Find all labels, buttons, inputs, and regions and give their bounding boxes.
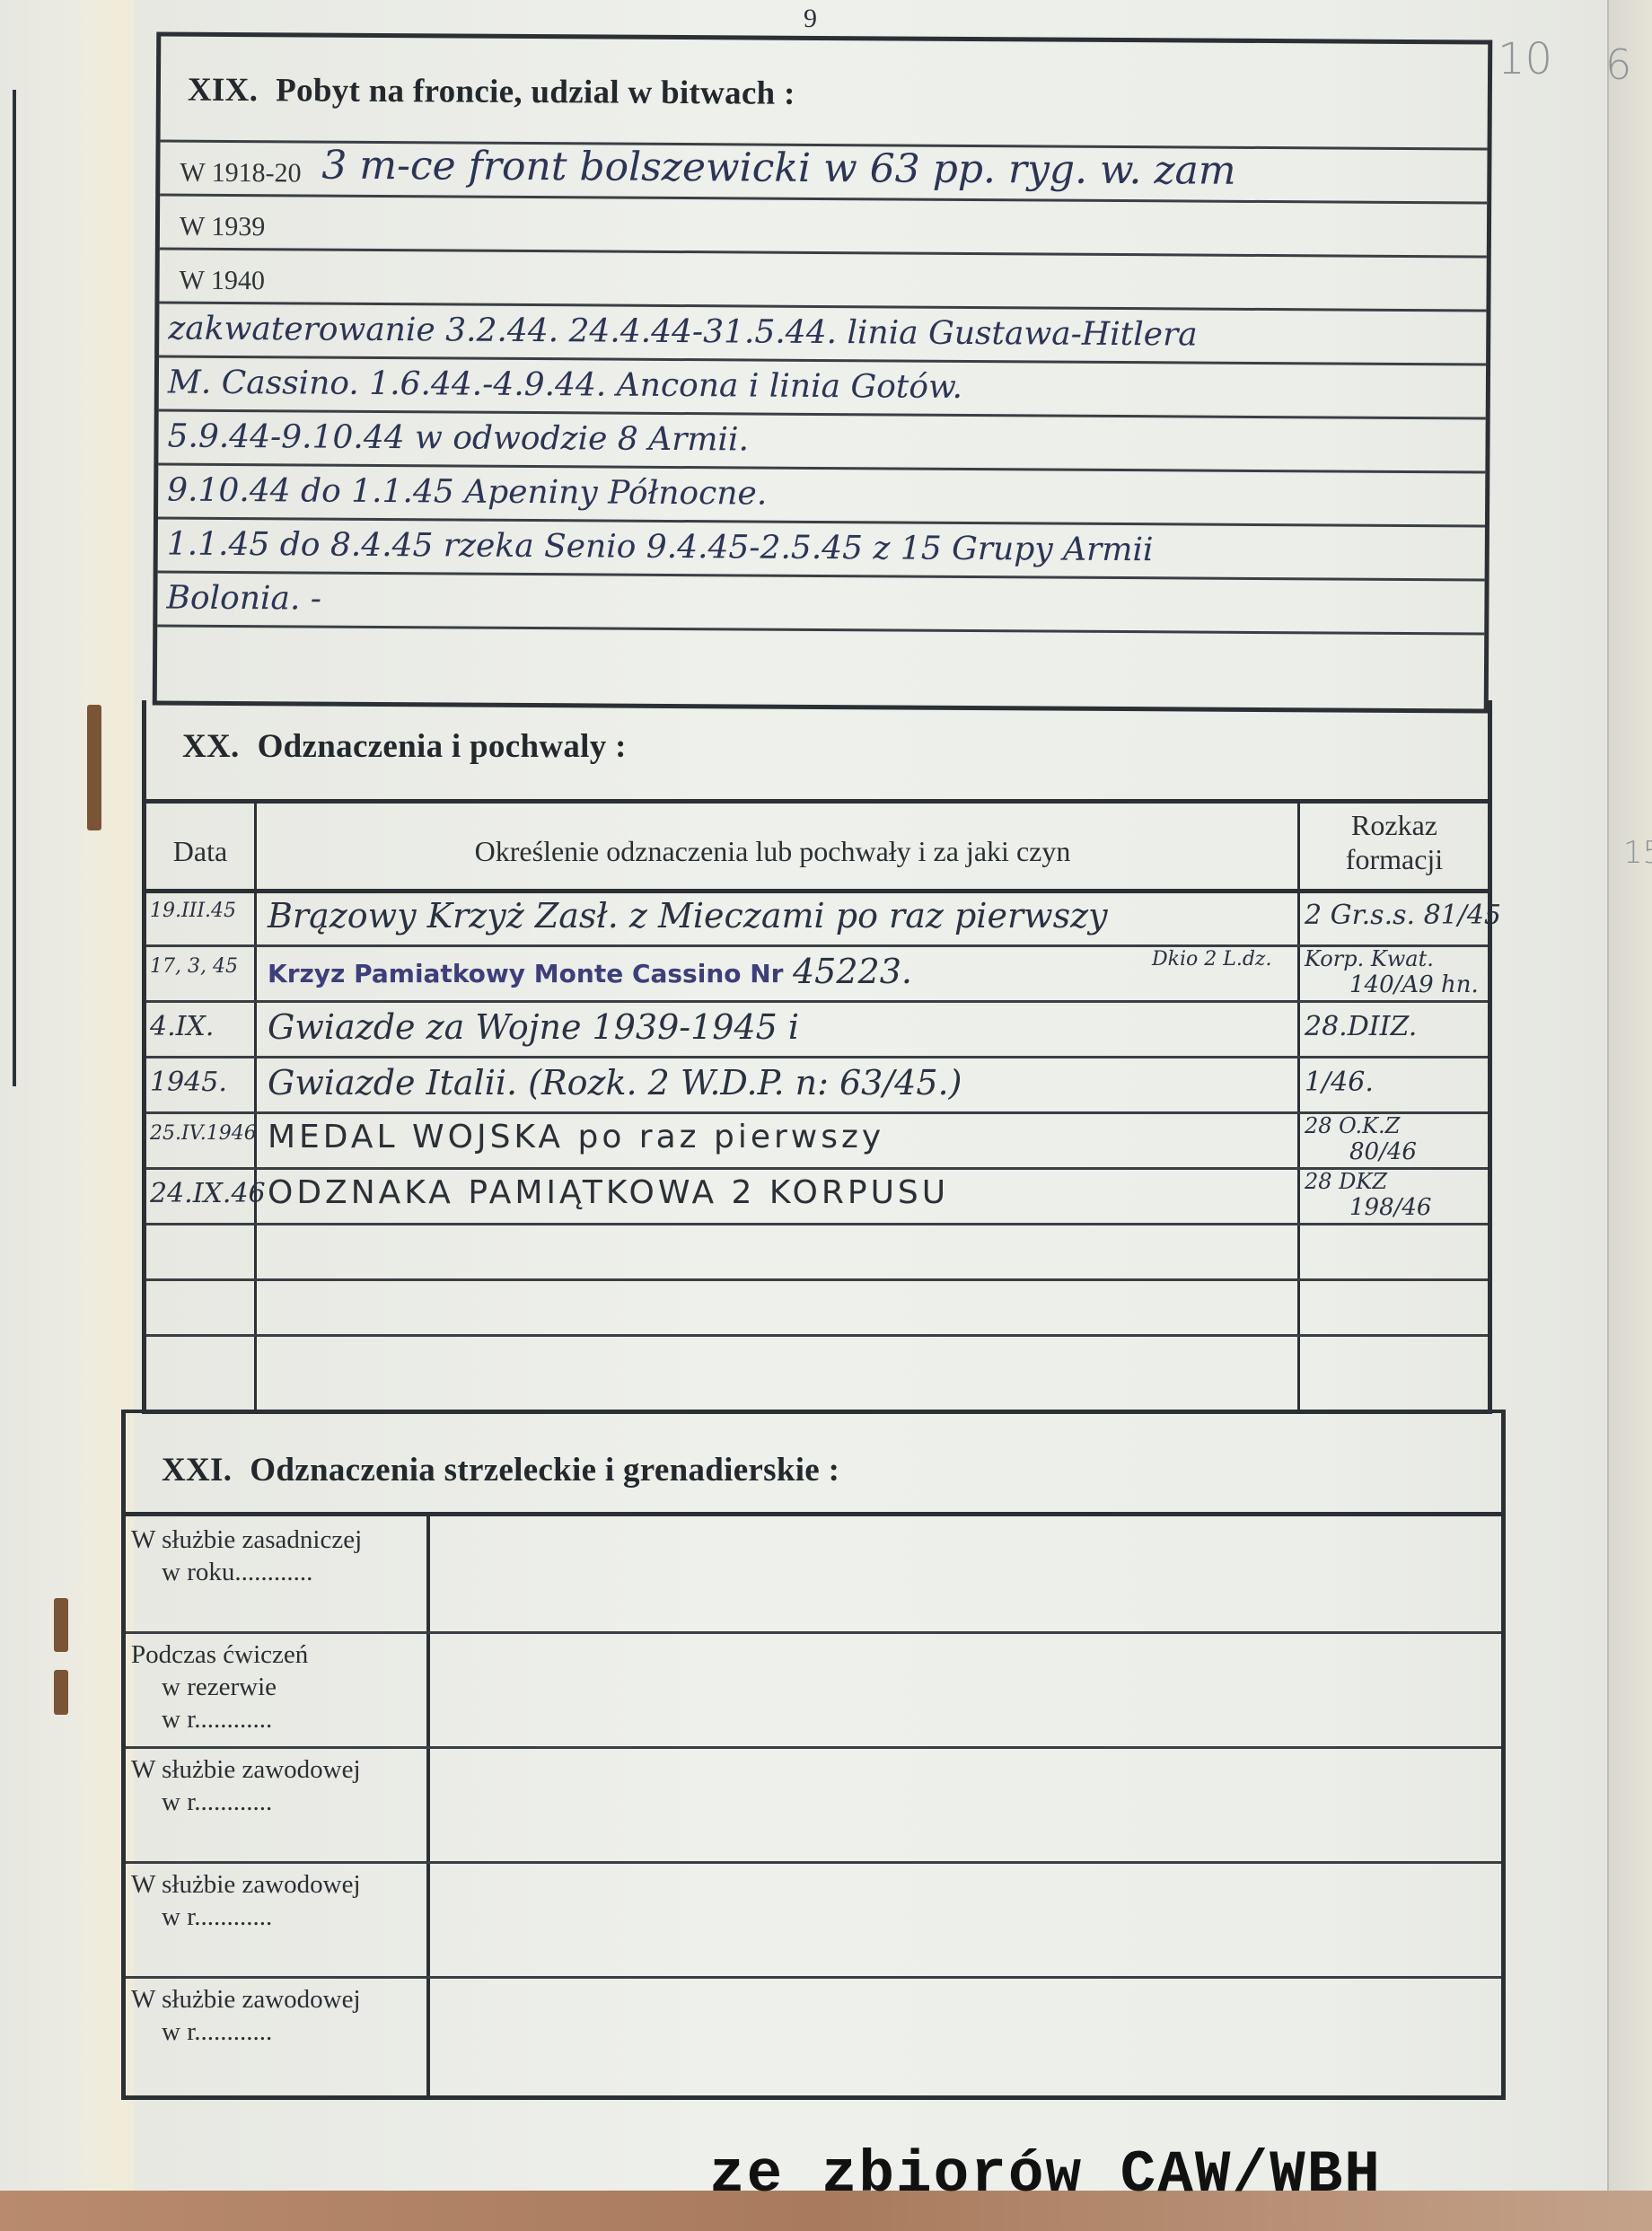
decoration-description[interactable]: MEDAL WOJSKA po raz pierwszy xyxy=(268,1119,884,1155)
marksmanship-label-line2: w r............ xyxy=(126,2016,426,2048)
row-divider xyxy=(146,1278,1488,1281)
pencil-mark-margin: 15 xyxy=(1623,835,1652,871)
front-row-entry[interactable]: 3 m-ce front bolszewicki w 63 pp. ryg. w… xyxy=(321,143,1235,194)
front-row-entry[interactable]: 5.9.44-9.10.44 w odwodzie 8 Armii. xyxy=(167,418,749,459)
row-divider xyxy=(146,944,1488,947)
column-divider xyxy=(426,1512,430,2095)
row-divider xyxy=(126,1631,1501,1634)
decoration-description[interactable]: Gwiazde Italii. (Rozk. 2 W.D.P. n: 63/45… xyxy=(268,1063,962,1102)
column-header-description: Określenie odznaczenia lub pochwały i za… xyxy=(259,835,1287,868)
decoration-order[interactable]: 1/46. xyxy=(1305,1067,1374,1098)
row-divider xyxy=(146,1223,1488,1225)
column-header-order: Rozkaz formacji xyxy=(1305,808,1484,876)
marksmanship-label-line1: W służbie zawodowej xyxy=(126,1753,426,1786)
archive-watermark: ze zbiorów CAW/WBH xyxy=(709,2141,1382,2209)
marksmanship-row-label: W służbie zasadniczejw roku............ xyxy=(126,1524,426,1588)
row-divider xyxy=(160,247,1487,258)
left-page-form-edge xyxy=(0,90,16,1086)
marksmanship-label-line2: w r............ xyxy=(126,1786,426,1818)
section-20-heading: Odznaczenia i pochwaly : xyxy=(258,728,627,765)
marksmanship-entry[interactable] xyxy=(449,1888,1481,1969)
front-row-entry[interactable]: M. Cassino. 1.6.44.-4.9.44. Ancona i lin… xyxy=(168,365,962,406)
front-row-label: W 1939 xyxy=(180,212,265,243)
marksmanship-entry[interactable] xyxy=(449,1543,1481,1624)
decoration-order-number[interactable]: 198/46 xyxy=(1349,1194,1431,1221)
front-row-entry[interactable]: zakwaterowanie 3.2.44. 24.4.44-31.5.44. … xyxy=(168,311,1198,354)
decoration-date[interactable]: 1945. xyxy=(150,1067,227,1098)
marksmanship-row-label: W służbie zawodowejw r............ xyxy=(126,1753,426,1818)
row-divider xyxy=(146,1111,1488,1114)
decoration-order[interactable]: Korp. Kwat. xyxy=(1305,946,1434,971)
marksmanship-entry[interactable] xyxy=(449,1658,1481,1739)
decoration-stamp: Krzyz Pamiatkowy Monte Cassino Nr xyxy=(268,959,783,988)
marksmanship-label-line1: W służbie zawodowej xyxy=(126,1868,426,1901)
column-divider xyxy=(254,799,257,1410)
pencil-mark-10: 10 xyxy=(1498,34,1552,84)
decoration-date[interactable]: 25.IV.1946 xyxy=(150,1122,257,1145)
decoration-date[interactable]: 24.IX.46 xyxy=(150,1178,266,1209)
row-divider xyxy=(159,408,1486,419)
decoration-order-number[interactable]: 80/46 xyxy=(1349,1138,1417,1165)
row-divider xyxy=(159,355,1486,365)
front-row-label: W 1918-20 xyxy=(180,158,301,189)
row-divider xyxy=(146,1167,1488,1170)
marksmanship-label-line3: w r............ xyxy=(126,1703,426,1735)
divider xyxy=(126,1512,1501,1516)
section-19-front-service: XIX.Pobyt na froncie, udzial w bitwach :… xyxy=(153,31,1493,713)
row-divider xyxy=(160,193,1487,204)
section-20-decorations: XX.Odznaczenia i pochwaly : Data Określe… xyxy=(142,700,1492,1414)
row-divider xyxy=(126,1861,1501,1864)
section-19-heading: Pobyt na froncie, udzial w bitwach : xyxy=(276,72,795,112)
column-header-order-line1: Rozkaz xyxy=(1305,808,1484,842)
section-21-heading: Odznaczenia strzeleckie i grenadierskie … xyxy=(250,1452,839,1489)
marksmanship-label-line1: Podczas ćwiczeń xyxy=(126,1638,426,1671)
marksmanship-label-line2: w r............ xyxy=(126,1901,426,1933)
left-page-edge xyxy=(0,0,117,2191)
column-header-order-line2: formacji xyxy=(1305,842,1484,876)
divider xyxy=(146,889,1488,893)
section-20-number: XX. xyxy=(182,728,240,765)
staple-bottom-b xyxy=(54,1670,68,1715)
row-divider xyxy=(159,301,1486,312)
staple-bottom-a xyxy=(54,1598,68,1652)
marksmanship-entry[interactable] xyxy=(449,1773,1481,1854)
row-divider xyxy=(126,1976,1501,1979)
section-20-title: XX.Odznaczenia i pochwaly : xyxy=(182,727,627,766)
row-divider xyxy=(158,570,1485,581)
row-divider xyxy=(146,1056,1488,1058)
right-page-edge xyxy=(1607,0,1652,2231)
marksmanship-label-line1: W służbie zasadniczej xyxy=(126,1524,426,1556)
decoration-date[interactable]: 17, 3, 45 xyxy=(150,955,238,978)
decoration-description[interactable]: ODZNAKA PAMIĄTKOWA 2 KORPUSU xyxy=(268,1174,949,1211)
marksmanship-row-label: W służbie zawodowejw r............ xyxy=(126,1868,426,1933)
marksmanship-entry[interactable] xyxy=(449,2003,1481,2084)
marksmanship-label-line2: w roku............ xyxy=(126,1556,426,1588)
decoration-description[interactable]: Gwiazde za Wojne 1939-1945 i xyxy=(268,1007,799,1047)
divider xyxy=(146,799,1488,804)
column-header-date: Data xyxy=(146,835,254,868)
marksmanship-label-line1: W służbie zawodowej xyxy=(126,1983,426,2016)
decoration-description[interactable]: 45223. xyxy=(793,952,912,991)
decoration-date[interactable]: 19.III.45 xyxy=(150,900,236,922)
front-row-entry[interactable]: 1.1.45 do 8.4.45 rzeka Senio 9.4.45-2.5.… xyxy=(167,526,1154,569)
row-divider xyxy=(158,462,1485,473)
section-21-title: XXI.Odznaczenia strzeleckie i grenadiers… xyxy=(162,1451,839,1489)
section-19-title: XIX.Pobyt na froncie, udzial w bitwach : xyxy=(188,71,795,113)
staple-top xyxy=(87,705,101,830)
section-19-number: XIX. xyxy=(188,72,259,109)
front-row-entry[interactable]: Bolonia. - xyxy=(166,580,321,618)
decoration-date[interactable]: 4.IX. xyxy=(150,1011,214,1042)
decoration-order-number[interactable]: 140/A9 hn. xyxy=(1349,971,1479,998)
row-divider xyxy=(146,1334,1488,1337)
column-divider xyxy=(1297,799,1300,1410)
row-divider xyxy=(158,516,1485,527)
decoration-order-prefix: Dkio 2 L.dz. xyxy=(1152,948,1287,971)
decoration-order[interactable]: 28 O.K.Z xyxy=(1305,1113,1400,1138)
section-21-marksmanship: XXI.Odznaczenia strzeleckie i grenadiers… xyxy=(121,1410,1506,2100)
decoration-order[interactable]: 28.DIIZ. xyxy=(1305,1011,1417,1042)
section-21-number: XXI. xyxy=(162,1452,232,1489)
decoration-order[interactable]: 28 DKZ xyxy=(1305,1169,1387,1194)
marksmanship-row-label: W służbie zawodowejw r............ xyxy=(126,1983,426,2048)
pencil-mark-6: 6 xyxy=(1605,40,1631,89)
decoration-order[interactable]: 2 Gr.s.s. 81/45 xyxy=(1305,900,1501,931)
row-divider xyxy=(146,1000,1488,1003)
decoration-description[interactable]: Brązowy Krzyż Zasł. z Mieczami po raz pi… xyxy=(268,896,1108,935)
front-row-entry[interactable]: 9.10.44 do 1.1.45 Apeniny Północne. xyxy=(167,472,767,513)
row-divider xyxy=(126,1746,1501,1749)
marksmanship-row-label: Podczas ćwiczeńw rezerwiew r............ xyxy=(126,1638,426,1735)
page-number: 9 xyxy=(804,4,817,34)
row-divider xyxy=(157,624,1484,635)
front-row-label: W 1940 xyxy=(180,266,265,297)
marksmanship-label-line2: w rezerwie xyxy=(126,1671,426,1703)
